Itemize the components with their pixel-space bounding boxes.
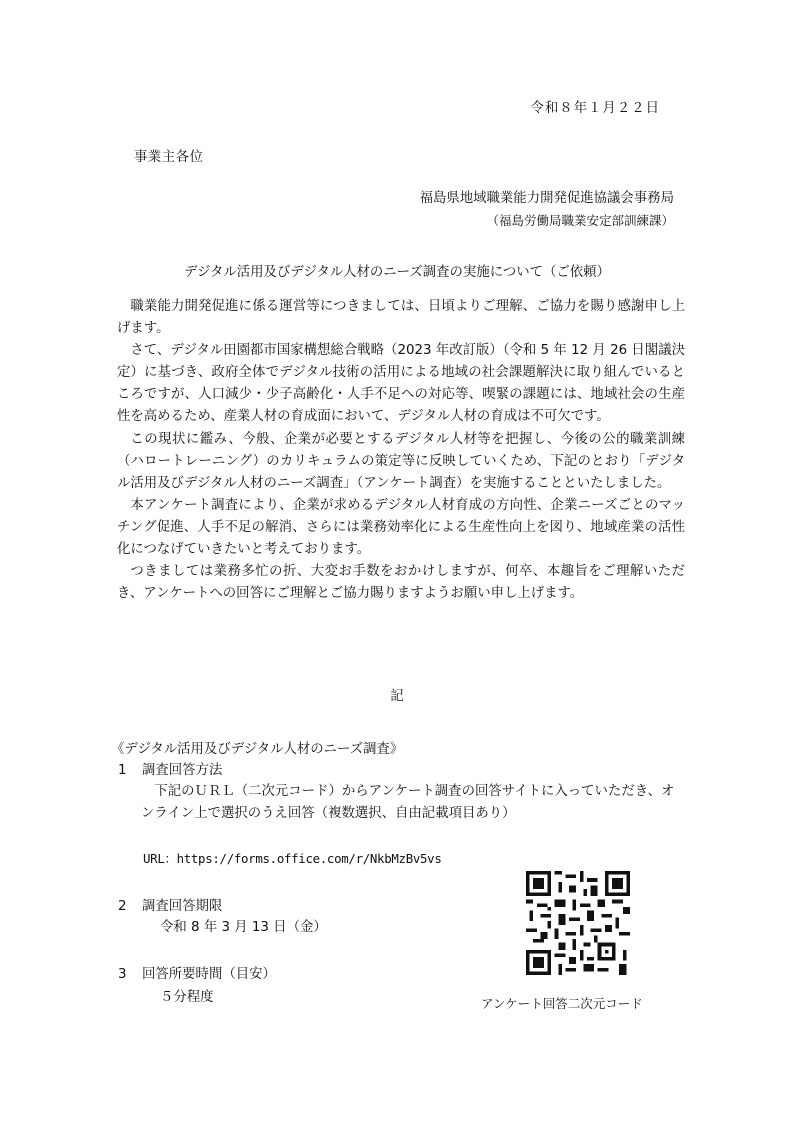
item-number: 2 (118, 899, 142, 914)
survey-title: 《デジタル活用及びデジタル人材のニーズ調査》 (111, 738, 403, 757)
body-paragraph: つきましては業務多忙の折、大変お手数をおかけしますが、何卒、本趣旨をご理解いただ… (117, 561, 685, 605)
sender-organization: 福島県地域職業能力開発促進協議会事務局 (420, 187, 674, 206)
qr-caption: アンケート回答二次元コード (481, 994, 643, 1012)
survey-url-line: URL：https://forms.office.com/r/NkbMzBv5v… (143, 849, 442, 867)
ki-heading: 記 (0, 685, 794, 704)
body-paragraph: この現状に鑑み、今般、企業が必要とするデジタル人材等を把握し、今後の公的職業訓練… (117, 429, 685, 495)
body-paragraph: 本アンケート調査により、企業が求めるデジタル人材育成の方向性、企業ニーズごとのマ… (117, 495, 685, 561)
qr-code-icon[interactable] (525, 871, 631, 975)
document-title: デジタル活用及びデジタル人材のニーズ調査の実施について（ご依頼） (0, 261, 794, 280)
deadline-date: 令和 8 年 3 月 13 日（金） (160, 916, 327, 935)
body-text: 職業能力開発促進に係る運営等につきましては、日頃よりご理解、ご協力を賜り感謝申し… (117, 296, 685, 605)
body-paragraph: さて、デジタル田園都市国家構想総合戦略（2023 年改訂版）（令和 5 年 12… (117, 340, 685, 428)
item-number: 1 (118, 763, 142, 778)
item-number: 3 (118, 967, 142, 982)
url-label: URL： (143, 851, 177, 866)
body-paragraph: 職業能力開発促進に係る運営等につきましては、日頃よりご理解、ご協力を賜り感謝申し… (117, 296, 685, 340)
duration-value: ５分程度 (160, 986, 214, 1005)
survey-item-method: 1調査回答方法 (118, 759, 222, 778)
method-description: 下記のＵＲＬ（二次元コード）からアンケート調査の回答サイトに入っていただき、オン… (141, 781, 687, 825)
item-heading: 調査回答方法 (142, 763, 222, 778)
survey-item-duration: 3回答所要時間（目安） (118, 963, 276, 982)
addressee: 事業主各位 (134, 146, 203, 165)
sender-department: （福島労働局職業安定部訓練課） (486, 211, 674, 229)
survey-url-link[interactable]: https://forms.office.com/r/NkbMzBv5vs (177, 851, 442, 866)
survey-item-deadline: 2調査回答期限 (118, 895, 222, 914)
document-date: 令和８年１月２２日 (530, 97, 660, 116)
item-heading: 調査回答期限 (142, 899, 222, 914)
item-heading: 回答所要時間（目安） (142, 967, 276, 982)
